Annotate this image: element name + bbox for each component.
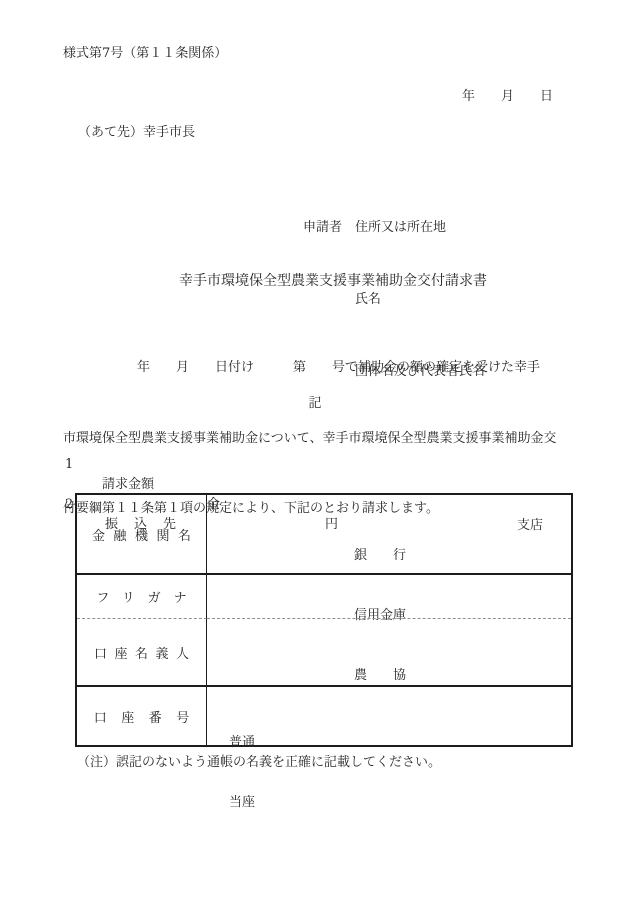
table-header-financial-institution: 金融機関名 <box>77 495 207 575</box>
bank-option: 銀 行 <box>354 546 406 566</box>
document-title: 幸手市環境保全型農業支援事業補助金交付請求書 <box>0 271 630 291</box>
item-number: 1 <box>65 455 73 475</box>
document-page: 様式第7号（第１１条関係） 年 月 日 （あて先）幸手市長 申請者 住所又は所在… <box>0 0 630 903</box>
account-type-options: 普通 当座 <box>229 693 262 853</box>
table-cell-account-number: 普通 当座 <box>207 687 571 745</box>
branch-label: 支店 <box>517 516 543 536</box>
transfer-destination-table: 金融機関名 銀 行 信用金庫 農 協 支店 フリガナ 口座名義人 口座番号 普通 <box>75 493 573 747</box>
table-cell-furigana <box>207 575 571 619</box>
table-cell-account-holder <box>207 619 571 687</box>
item-transfer-destination: 2 振込先 <box>0 475 630 495</box>
header-label: 口座番号 <box>79 707 204 726</box>
footnote: （注）誤記のないよう通帳の名義を正確に記載してください。 <box>77 753 441 773</box>
record-heading: 記 <box>0 394 630 414</box>
header-label: 金融機関名 <box>83 525 199 544</box>
body-line: 年 月 日付け 第 号で補助金の額の確定を受けた幸手 <box>63 356 556 380</box>
header-label: 口座名義人 <box>86 643 196 662</box>
table-header-furigana: フリガナ <box>77 575 207 619</box>
item-number: 2 <box>65 495 73 515</box>
account-type-option: 普通 <box>229 733 262 753</box>
account-type-option: 当座 <box>229 793 262 813</box>
addressee-line: （あて先）幸手市長 <box>78 123 195 143</box>
date-line: 年 月 日 <box>462 87 553 107</box>
applicant-field-address: 住所又は所在地 <box>355 216 446 240</box>
table-header-account-holder: 口座名義人 <box>77 619 207 687</box>
applicant-label: 申請者 <box>303 216 342 240</box>
item-claim-amount: 1 請求金額 金 円 <box>0 435 630 455</box>
header-label: フリガナ <box>83 587 199 606</box>
form-number: 様式第7号（第１１条関係） <box>63 44 227 64</box>
table-header-account-number: 口座番号 <box>77 687 207 745</box>
table-cell-financial-institution: 銀 行 信用金庫 農 協 支店 <box>207 495 571 575</box>
